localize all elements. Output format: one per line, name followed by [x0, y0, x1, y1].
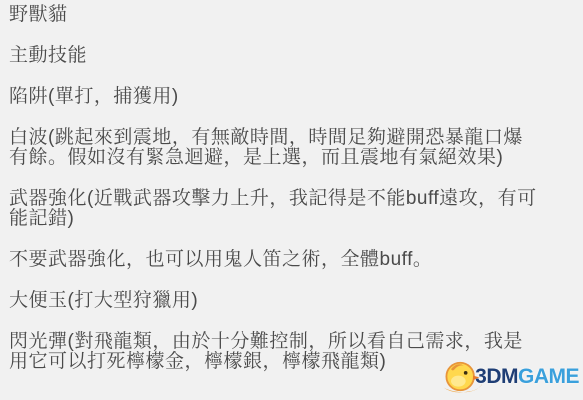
text-line: 主動技能: [9, 46, 571, 66]
paragraph-title: 野獸貓: [9, 5, 571, 25]
paragraph-section-heading: 主動技能: [9, 46, 571, 66]
watermark-3dmgame: 3DMGAME: [440, 356, 579, 397]
guide-text-block: 野獸貓 主動技能 陷阱(單打，捕獲用) 白波(跳起來到震地，有無敵時間，時間足夠…: [0, 0, 583, 372]
paragraph-white-wave: 白波(跳起來到震地，有無敵時間，時間足夠避開恐暴龍口爆 有餘。假如沒有緊急迴避，…: [9, 128, 571, 168]
text-line: 陷阱(單打，捕獲用): [9, 87, 571, 107]
paragraph-trap: 陷阱(單打，捕獲用): [9, 87, 571, 107]
brand-logo-text: 3DMGAME: [475, 365, 579, 389]
text-line: 野獸貓: [9, 5, 571, 25]
text-line: 能記錯): [9, 209, 571, 229]
text-line: 不要武器強化，也可以用鬼人笛之術，全體buff。: [9, 250, 571, 270]
brand-game: GAME: [518, 365, 579, 388]
text-line: 閃光彈(對飛龍類，由於十分難控制，所以看自己需求，我是: [9, 332, 571, 352]
text-line: 白波(跳起來到震地，有無敵時間，時間足夠避開恐暴龍口爆: [9, 128, 571, 148]
paragraph-weapon-boost: 武器強化(近戰武器攻擊力上升，我記得是不能buff遠攻，有可 能記錯): [9, 189, 571, 229]
page-background: { "page": { "background": "#f1f1f1", "te…: [0, 0, 583, 400]
chick-mascot-icon: [440, 356, 484, 397]
paragraph-dung-bomb: 大便玉(打大型狩獵用): [9, 291, 571, 311]
paragraph-demon-flute: 不要武器強化，也可以用鬼人笛之術，全體buff。: [9, 250, 571, 270]
text-line: 有餘。假如沒有緊急迴避，是上選，而且震地有氣絕效果): [9, 148, 571, 168]
text-line: 武器強化(近戰武器攻擊力上升，我記得是不能buff遠攻，有可: [9, 189, 571, 209]
text-line: 大便玉(打大型狩獵用): [9, 291, 571, 311]
